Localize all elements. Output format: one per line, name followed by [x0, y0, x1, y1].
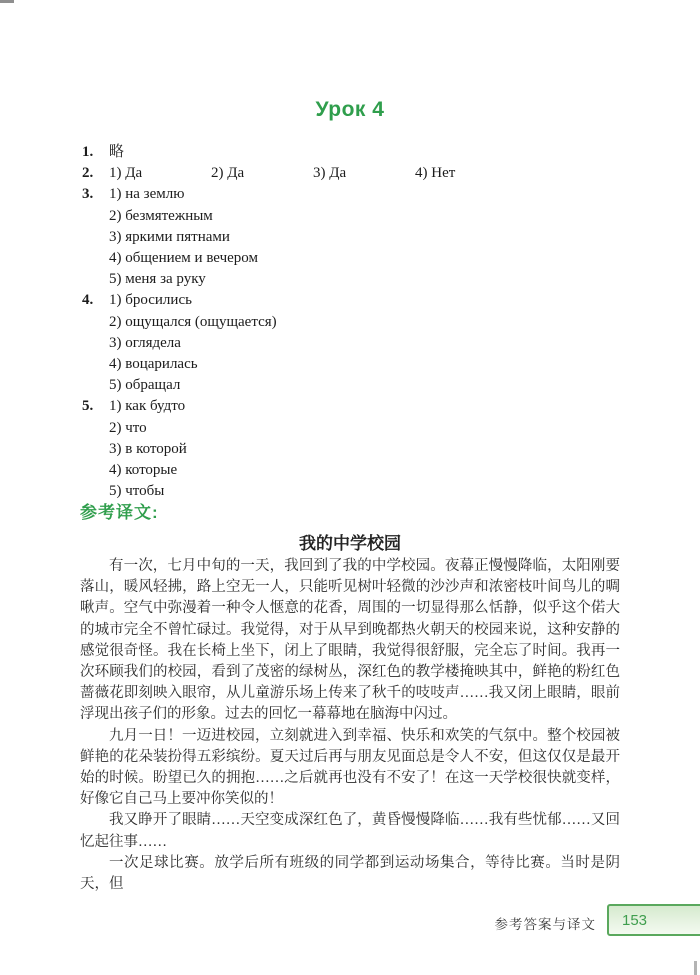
answer-number: 2.: [82, 163, 109, 184]
answer-line: 3) яркими пятнами: [109, 227, 622, 248]
page-number: 153: [609, 912, 647, 929]
answer-line: 4) воцарилась: [109, 354, 622, 375]
essay-title: 我的中学校园: [80, 529, 620, 554]
answer-line: 2) безмятежным: [109, 206, 622, 227]
answer-line: 5) меня за руку: [109, 269, 622, 290]
answer-lines: 1) на землю2) безмятежным3) яркими пятна…: [109, 184, 622, 290]
essay-paragraph: 有一次，七月中旬的一天，我回到了我的中学校园。夜幕正慢慢降临，太阳刚要落山，暖风…: [80, 556, 620, 726]
answer-line: 4) общением и вечером: [109, 248, 622, 269]
answer-line: 2) что: [109, 418, 622, 439]
answer-line: 略: [109, 142, 622, 163]
answer-option: 1) Да: [109, 163, 211, 184]
footer-section-label: 参考答案与译文: [495, 913, 597, 933]
answer-lines: 1) как будто2) что3) в которой4) которые…: [109, 396, 622, 502]
answer-line: 4) которые: [109, 460, 622, 481]
answer-line: 2) ощущался (ощущается): [109, 312, 622, 333]
answer-option: 4) Нет: [415, 163, 455, 184]
answer-number: 3.: [82, 184, 109, 205]
answer-line: 3) оглядела: [109, 333, 622, 354]
answer-number: 4.: [82, 290, 109, 311]
essay-paragraph: 九月一日！一迈进校园，立刻就进入到幸福、快乐和欢笑的气氛中。整个校园被鲜艳的花朵…: [80, 726, 620, 811]
answer-lines: 1) бросились2) ощущался (ощущается)3) ог…: [109, 290, 622, 396]
answer-line: 1) как будто: [109, 396, 622, 417]
answer-option: 3) Да: [313, 163, 415, 184]
essay-body: 有一次，七月中旬的一天，我回到了我的中学校园。夜幕正慢慢降临，太阳刚要落山，暖风…: [80, 556, 620, 895]
page-number-box: 153: [607, 904, 700, 936]
answer-line: 5) чтобы: [109, 481, 622, 502]
answer-lines: 略: [109, 142, 622, 163]
translation-section-heading: 参考译文:: [80, 498, 159, 523]
answer-item-2: 2.1) Да2) Да3) Да4) Нет: [82, 163, 622, 184]
answer-number: 5.: [82, 396, 109, 417]
answer-item-1: 1.略: [82, 142, 622, 163]
answer-lines: 1) Да2) Да3) Да4) Нет: [109, 163, 622, 184]
answer-line: 5) обращал: [109, 375, 622, 396]
answer-item-5: 5.1) как будто2) что3) в которой4) котор…: [82, 396, 622, 502]
answer-number: 1.: [82, 142, 109, 163]
answer-options-row: 1) Да2) Да3) Да4) Нет: [109, 163, 622, 184]
answer-item-3: 3.1) на землю2) безмятежным3) яркими пят…: [82, 184, 622, 290]
book-page: Урок 4 1.略2.1) Да2) Да3) Да4) Нет3.1) на…: [0, 0, 700, 975]
essay-paragraph: 一次足球比赛。放学后所有班级的同学都到运动场集合，等待比赛。当时是阴天，但: [80, 853, 620, 895]
answer-line: 1) бросились: [109, 290, 622, 311]
scan-mark-bottom-right: [694, 961, 697, 975]
page-footer: 参考答案与译文 153: [0, 904, 700, 938]
answer-line: 3) в которой: [109, 439, 622, 460]
answer-item-4: 4.1) бросились2) ощущался (ощущается)3) …: [82, 290, 622, 396]
answer-option: 2) Да: [211, 163, 313, 184]
essay-paragraph: 我又睁开了眼睛……天空变成深红色了，黄昏慢慢降临……我有些忧郁……又回忆起往事……: [80, 810, 620, 852]
lesson-title: Урок 4: [0, 98, 700, 122]
answers-list: 1.略2.1) Да2) Да3) Да4) Нет3.1) на землю2…: [82, 142, 622, 502]
scan-mark-top-left: [0, 0, 14, 3]
answer-line: 1) на землю: [109, 184, 622, 205]
